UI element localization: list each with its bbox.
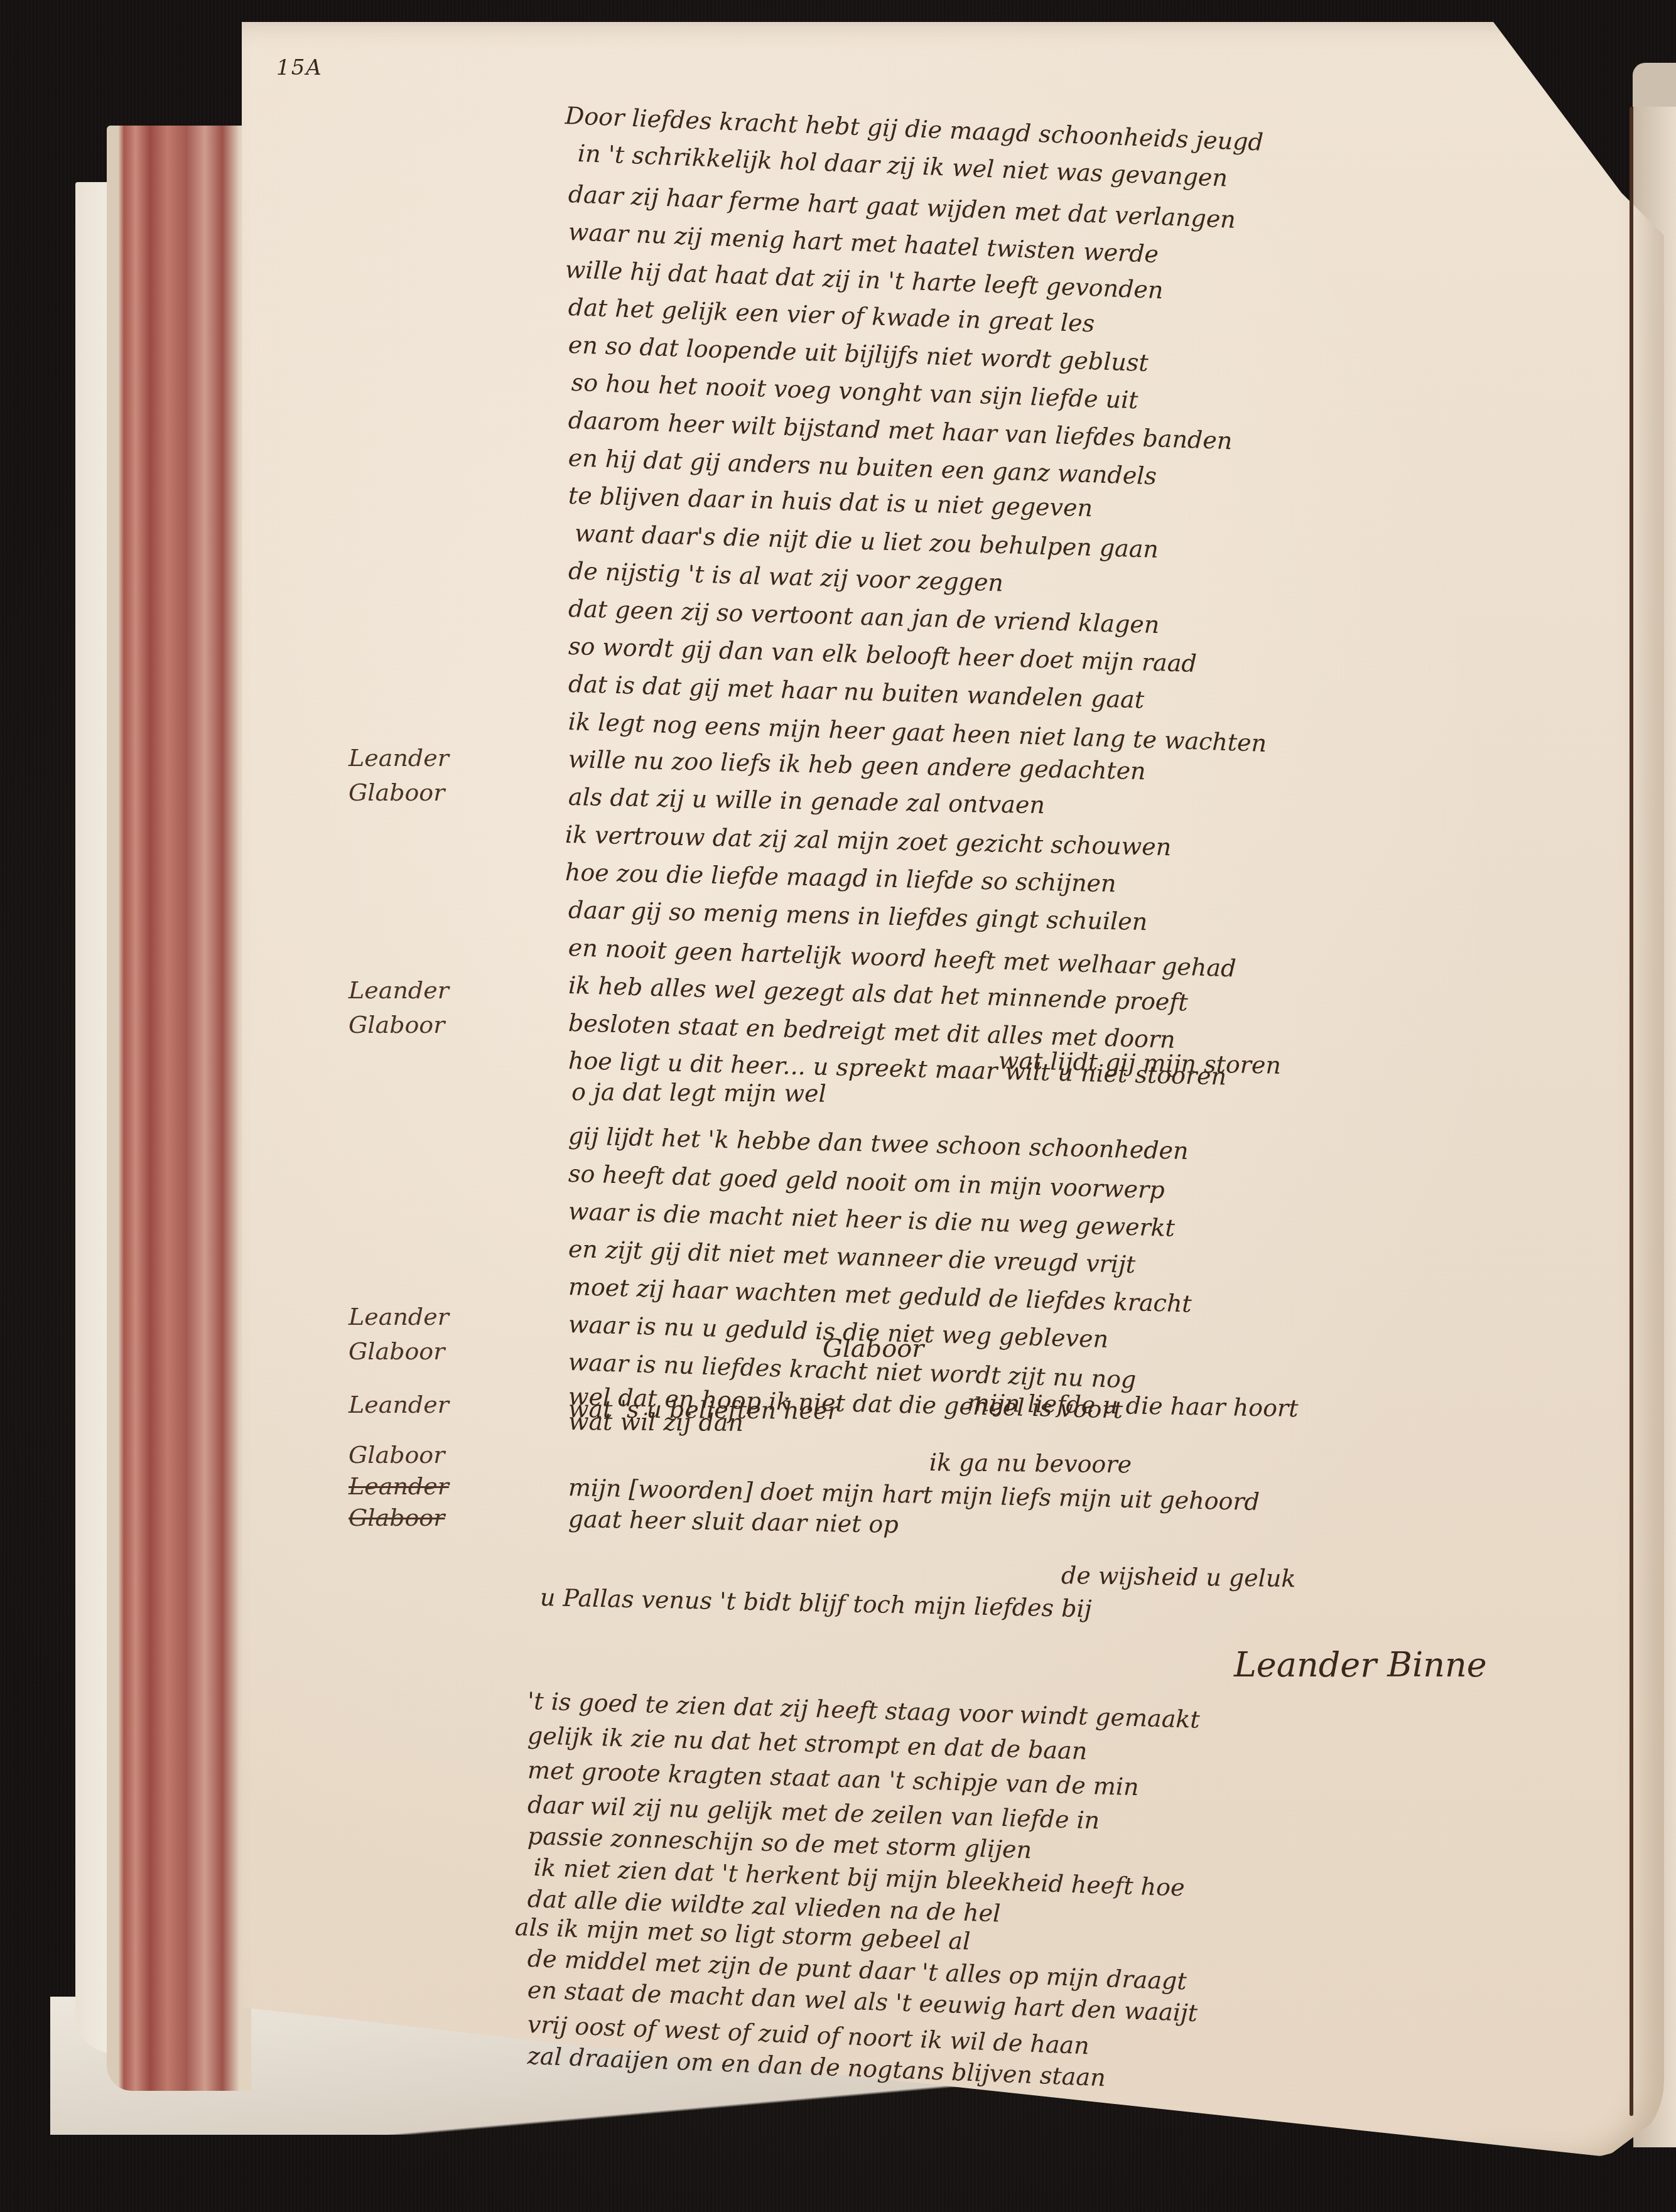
speaker-heading: Glaboor <box>823 1334 924 1363</box>
speaker-label: Glaboor <box>349 1441 445 1469</box>
speaker-label: Leander <box>349 976 449 1004</box>
manuscript-line: mijn liefde u die haar hoort <box>967 1391 1299 1420</box>
book-gutter <box>1630 107 1633 2116</box>
speaker-label: Leander <box>349 1391 449 1418</box>
book-fore-edge <box>107 126 251 2091</box>
speaker-label: Glaboor <box>349 1337 445 1365</box>
speaker-label: Leander <box>349 1303 449 1330</box>
manuscript-line: gaat heer sluit daar niet op <box>568 1507 899 1536</box>
folded-page-corner <box>1633 63 1676 107</box>
speaker-label: Glaboor <box>349 1011 445 1039</box>
speaker-label: Leander <box>349 1472 449 1500</box>
folio-number: 15A <box>276 55 323 80</box>
manuscript-line: o ja dat legt mijn wel <box>571 1080 826 1106</box>
manuscript-line: wat 's u belieften heer <box>568 1397 839 1423</box>
signature: Leander Binne <box>1234 1645 1487 1685</box>
manuscript-line: ik ga nu bevoore <box>929 1450 1132 1476</box>
manuscript-line: wat lijdt gij mijn storen <box>998 1049 1282 1077</box>
speaker-label: Glaboor <box>349 779 445 806</box>
manuscript-line: de wijsheid u geluk <box>1061 1563 1296 1590</box>
speaker-label: Glaboor <box>349 1504 445 1531</box>
speaker-label: Leander <box>349 744 449 772</box>
